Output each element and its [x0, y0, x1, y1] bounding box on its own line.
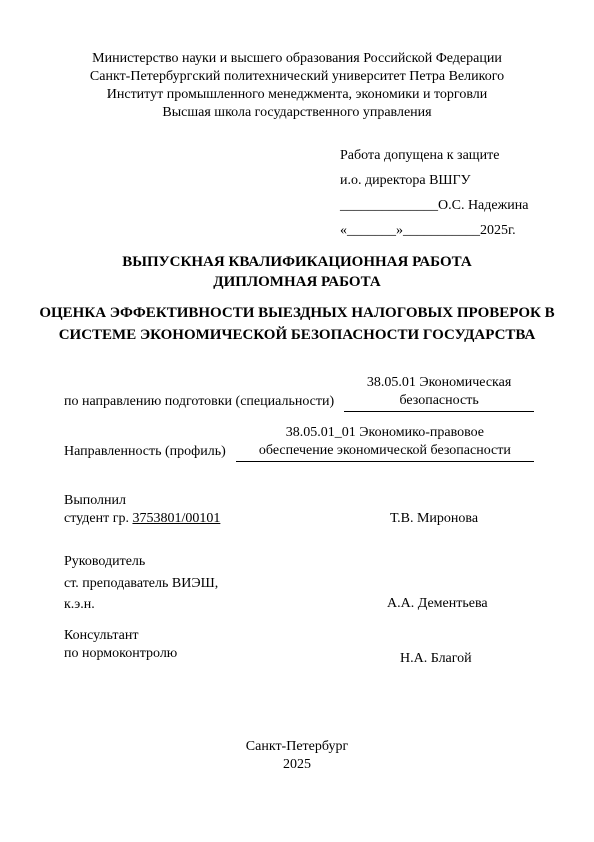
performer-group-number: 3753801/00101: [132, 511, 220, 526]
profile-field: Направленность (профиль) 38.05.01_01 Эко…: [64, 424, 534, 462]
performer-role-line-2: студент гр. 3753801/00101: [64, 510, 220, 528]
supervisor-role-line-3: к.э.н.: [64, 596, 95, 614]
supervisor-role-line-1: Руководитель: [64, 553, 145, 571]
profile-value-line-2: обеспечение экономической безопасности: [236, 442, 534, 460]
approval-date-line: «_______»___________2025г.: [340, 218, 528, 243]
specialty-value-line-1: 38.05.01 Экономическая: [344, 374, 534, 392]
topic-heading: ОЦЕНКА ЭФФЕКТИВНОСТИ ВЫЕЗДНЫХ НАЛОГОВЫХ …: [0, 302, 594, 346]
topic-line-2: СИСТЕМЕ ЭКОНОМИЧЕСКОЙ БЕЗОПАСНОСТИ ГОСУД…: [0, 324, 594, 346]
profile-value: 38.05.01_01 Экономико-правовое обеспечен…: [236, 424, 534, 462]
work-type-line-2: ДИПЛОМНАЯ РАБОТА: [0, 272, 594, 292]
institute-line: Институт промышленного менеджмента, экон…: [0, 86, 594, 104]
ministry-line: Министерство науки и высшего образования…: [0, 50, 594, 68]
approval-signature-row: ______________О.С. Надежина: [340, 193, 528, 218]
topic-line-1: ОЦЕНКА ЭФФЕКТИВНОСТИ ВЫЕЗДНЫХ НАЛОГОВЫХ …: [0, 302, 594, 324]
approval-position: и.о. директора ВШГУ: [340, 168, 528, 193]
performer-role-line-1: Выполнил: [64, 492, 126, 510]
approval-signature-blank: ______________: [340, 198, 438, 213]
consultant-role-line-2: по нормоконтролю: [64, 645, 177, 663]
profile-value-line-1: 38.05.01_01 Экономико-правовое: [236, 424, 534, 442]
organization-header: Министерство науки и высшего образования…: [0, 50, 594, 122]
consultant-role-line-1: Консультант: [64, 627, 139, 645]
consultant-name: Н.А. Благой: [400, 650, 472, 668]
university-line: Санкт-Петербургский политехнический унив…: [0, 68, 594, 86]
specialty-label: по направлению подготовки (специальности…: [64, 393, 334, 412]
footer-block: Санкт-Петербург 2025: [0, 738, 594, 774]
performer-name: Т.В. Миронова: [390, 510, 478, 528]
work-type-line-1: ВЫПУСКНАЯ КВАЛИФИКАЦИОННАЯ РАБОТА: [0, 252, 594, 272]
specialty-field: по направлению подготовки (специальности…: [64, 374, 534, 412]
specialty-value-line-2: безопасность: [344, 392, 534, 410]
thesis-title-page: Министерство науки и высшего образования…: [0, 0, 594, 842]
approval-block: Работа допущена к защите и.о. директора …: [340, 143, 528, 243]
footer-city: Санкт-Петербург: [0, 738, 594, 756]
performer-group-prefix: студент гр.: [64, 511, 132, 526]
profile-label: Направленность (профиль): [64, 443, 226, 462]
school-line: Высшая школа государственного управления: [0, 104, 594, 122]
approval-signature-name: О.С. Надежина: [438, 198, 528, 213]
specialty-value: 38.05.01 Экономическая безопасность: [344, 374, 534, 412]
footer-year: 2025: [0, 756, 594, 774]
work-type-heading: ВЫПУСКНАЯ КВАЛИФИКАЦИОННАЯ РАБОТА ДИПЛОМ…: [0, 252, 594, 292]
supervisor-name: А.А. Дементьева: [387, 595, 488, 613]
supervisor-role-line-2: ст. преподаватель ВИЭШ,: [64, 575, 218, 593]
approval-note: Работа допущена к защите: [340, 143, 528, 168]
